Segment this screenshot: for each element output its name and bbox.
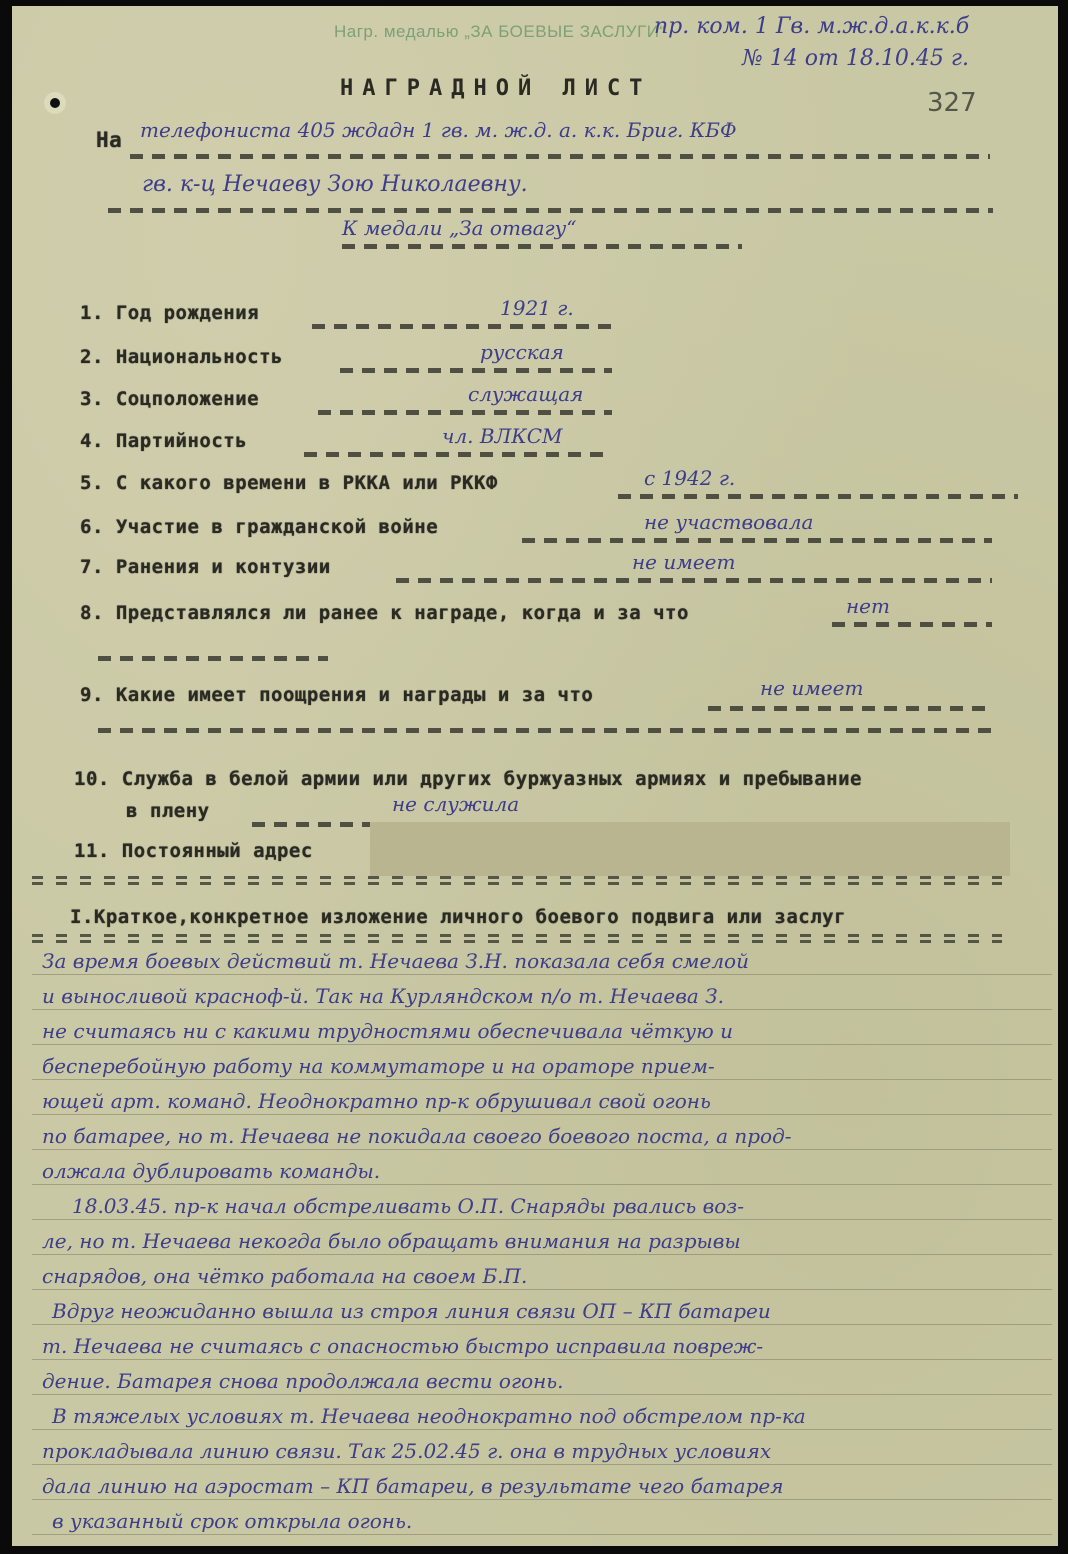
narrative-line: В тяжелых условиях т. Нечаева неоднократ… xyxy=(52,1404,806,1428)
narrative-line: бесперебойную работу на коммутаторе и на… xyxy=(42,1054,715,1078)
narrative-line: в указанный срок открыла огонь. xyxy=(52,1509,412,1533)
separator-line xyxy=(32,934,1002,944)
field-label-address: 11. Постоянный адрес xyxy=(74,840,313,862)
section-heading: I.Краткое,конкретное изложение личного б… xyxy=(70,906,846,928)
redacted-address xyxy=(370,822,1010,876)
ruled-line xyxy=(32,1184,1052,1185)
field-value-white-army: не служила xyxy=(392,792,519,816)
narrative-line: не считаясь ни с какими трудностями обес… xyxy=(42,1019,733,1043)
ruled-line xyxy=(32,1254,1052,1255)
fill-line xyxy=(340,368,612,373)
award-sheet-page: Нагр. медалью „ЗА БОЕВЫЕ ЗАСЛУГИ“ пр. ко… xyxy=(12,6,1058,1546)
ruled-line xyxy=(32,1534,1052,1535)
narrative-line: дение. Батарея снова продолжала вести ог… xyxy=(42,1369,564,1393)
fill-line xyxy=(304,452,604,457)
narrative-line: Вдруг неожиданно вышла из строя линия св… xyxy=(52,1299,771,1323)
narrative-line: и выносливой красноф-й. Так на Курляндск… xyxy=(42,984,724,1008)
field-value-previous-award: нет xyxy=(846,594,890,618)
fill-line xyxy=(396,578,992,583)
on-label: На xyxy=(96,128,122,152)
field-label-civil-war: 6. Участие в гражданской войне xyxy=(80,516,438,538)
field-label-commendations: 9. Какие имеет поощрения и награды и за … xyxy=(80,684,593,706)
ruled-line xyxy=(32,1499,1052,1500)
field-value-wounds: не имеет xyxy=(632,550,735,574)
document-title: НАГРАДНОЙ ЛИСТ xyxy=(340,76,651,101)
narrative-line: ющей арт. команд. Неоднократно пр-к обру… xyxy=(42,1089,711,1113)
ruled-line xyxy=(32,1149,1052,1150)
field-label-birth-year: 1. Год рождения xyxy=(80,302,259,324)
order-reference-line2: № 14 от 18.10.45 г. xyxy=(742,46,969,71)
narrative-line: снарядов, она чётко работала на своем Б.… xyxy=(42,1264,527,1288)
ruled-line xyxy=(32,1359,1052,1360)
narrative-line: 18.03.45. пр-к начал обстреливать О.П. С… xyxy=(72,1194,744,1218)
ruled-line xyxy=(32,1044,1052,1045)
field-value-party: чл. ВЛКСМ xyxy=(442,424,563,448)
narrative-line: по батарее, но т. Нечаева не покидала св… xyxy=(42,1124,792,1148)
field-value-civil-war: не участвовала xyxy=(644,510,813,534)
field-label-party: 4. Партийность xyxy=(80,430,247,452)
fill-line xyxy=(98,656,328,661)
field-value-birth-year: 1921 г. xyxy=(500,296,574,320)
fill-line xyxy=(312,324,612,329)
fill-line xyxy=(708,706,992,711)
field-label-wounds: 7. Ранения и контузии xyxy=(80,556,331,578)
fill-line xyxy=(318,410,612,415)
fill-line xyxy=(130,154,990,159)
ruled-line xyxy=(32,1394,1052,1395)
narrative-line: т. Нечаева не считаясь с опасностью быст… xyxy=(42,1334,763,1358)
award-stamp: Нагр. медалью „ЗА БОЕВЫЕ ЗАСЛУГИ“ xyxy=(334,22,666,42)
recipient-line3: К медали „За отвагу“ xyxy=(342,216,576,240)
ruled-line xyxy=(32,1464,1052,1465)
fill-line xyxy=(832,622,992,627)
page-number: 327 xyxy=(927,88,977,118)
fill-line xyxy=(342,244,742,249)
field-label-previous-award: 8. Представлялся ли ранее к награде, ког… xyxy=(80,602,689,624)
separator-line xyxy=(32,876,1002,886)
ruled-line xyxy=(32,1429,1052,1430)
field-value-commendations: не имеет xyxy=(760,676,863,700)
recipient-line1: телефониста 405 ждадн 1 гв. м. ж.д. а. к… xyxy=(140,118,737,142)
narrative-line: олжала дублировать команды. xyxy=(42,1159,380,1183)
field-value-social-status: служащая xyxy=(468,382,583,406)
ruled-line xyxy=(32,1219,1052,1220)
field-label-nationality: 2. Национальность xyxy=(80,346,283,368)
fill-line xyxy=(108,208,993,213)
ruled-line xyxy=(32,1324,1052,1325)
ruled-line xyxy=(32,1079,1052,1080)
narrative-line: За время боевых действий т. Нечаева З.Н.… xyxy=(42,949,749,973)
fill-line xyxy=(98,728,992,733)
field-label-white-army-cont: в плену xyxy=(126,800,210,822)
field-label-social-status: 3. Соцположение xyxy=(80,388,259,410)
narrative-line: дала линию на аэростат – КП батареи, в р… xyxy=(42,1474,783,1498)
narrative-line: прокладывала линию связи. Так 25.02.45 г… xyxy=(42,1439,771,1463)
ruled-line xyxy=(32,974,1052,975)
field-label-white-army: 10. Служба в белой армии или других бурж… xyxy=(74,768,862,790)
ruled-line xyxy=(32,1289,1052,1290)
punch-hole xyxy=(50,98,60,108)
field-value-service-since: с 1942 г. xyxy=(644,466,735,490)
ruled-line xyxy=(32,1114,1052,1115)
field-value-nationality: русская xyxy=(480,340,564,364)
field-label-service-since: 5. С какого времени в РККА или РККФ xyxy=(80,472,498,494)
fill-line xyxy=(522,538,992,543)
ruled-line xyxy=(32,1009,1052,1010)
fill-line xyxy=(618,494,1018,499)
recipient-line2: гв. к-ц Нечаеву Зою Николаевну. xyxy=(142,172,528,197)
order-reference-line1: пр. ком. 1 Гв. м.ж.д.а.к.к.б xyxy=(654,14,969,39)
narrative-line: ле, но т. Нечаева некогда было обращать … xyxy=(42,1229,741,1253)
